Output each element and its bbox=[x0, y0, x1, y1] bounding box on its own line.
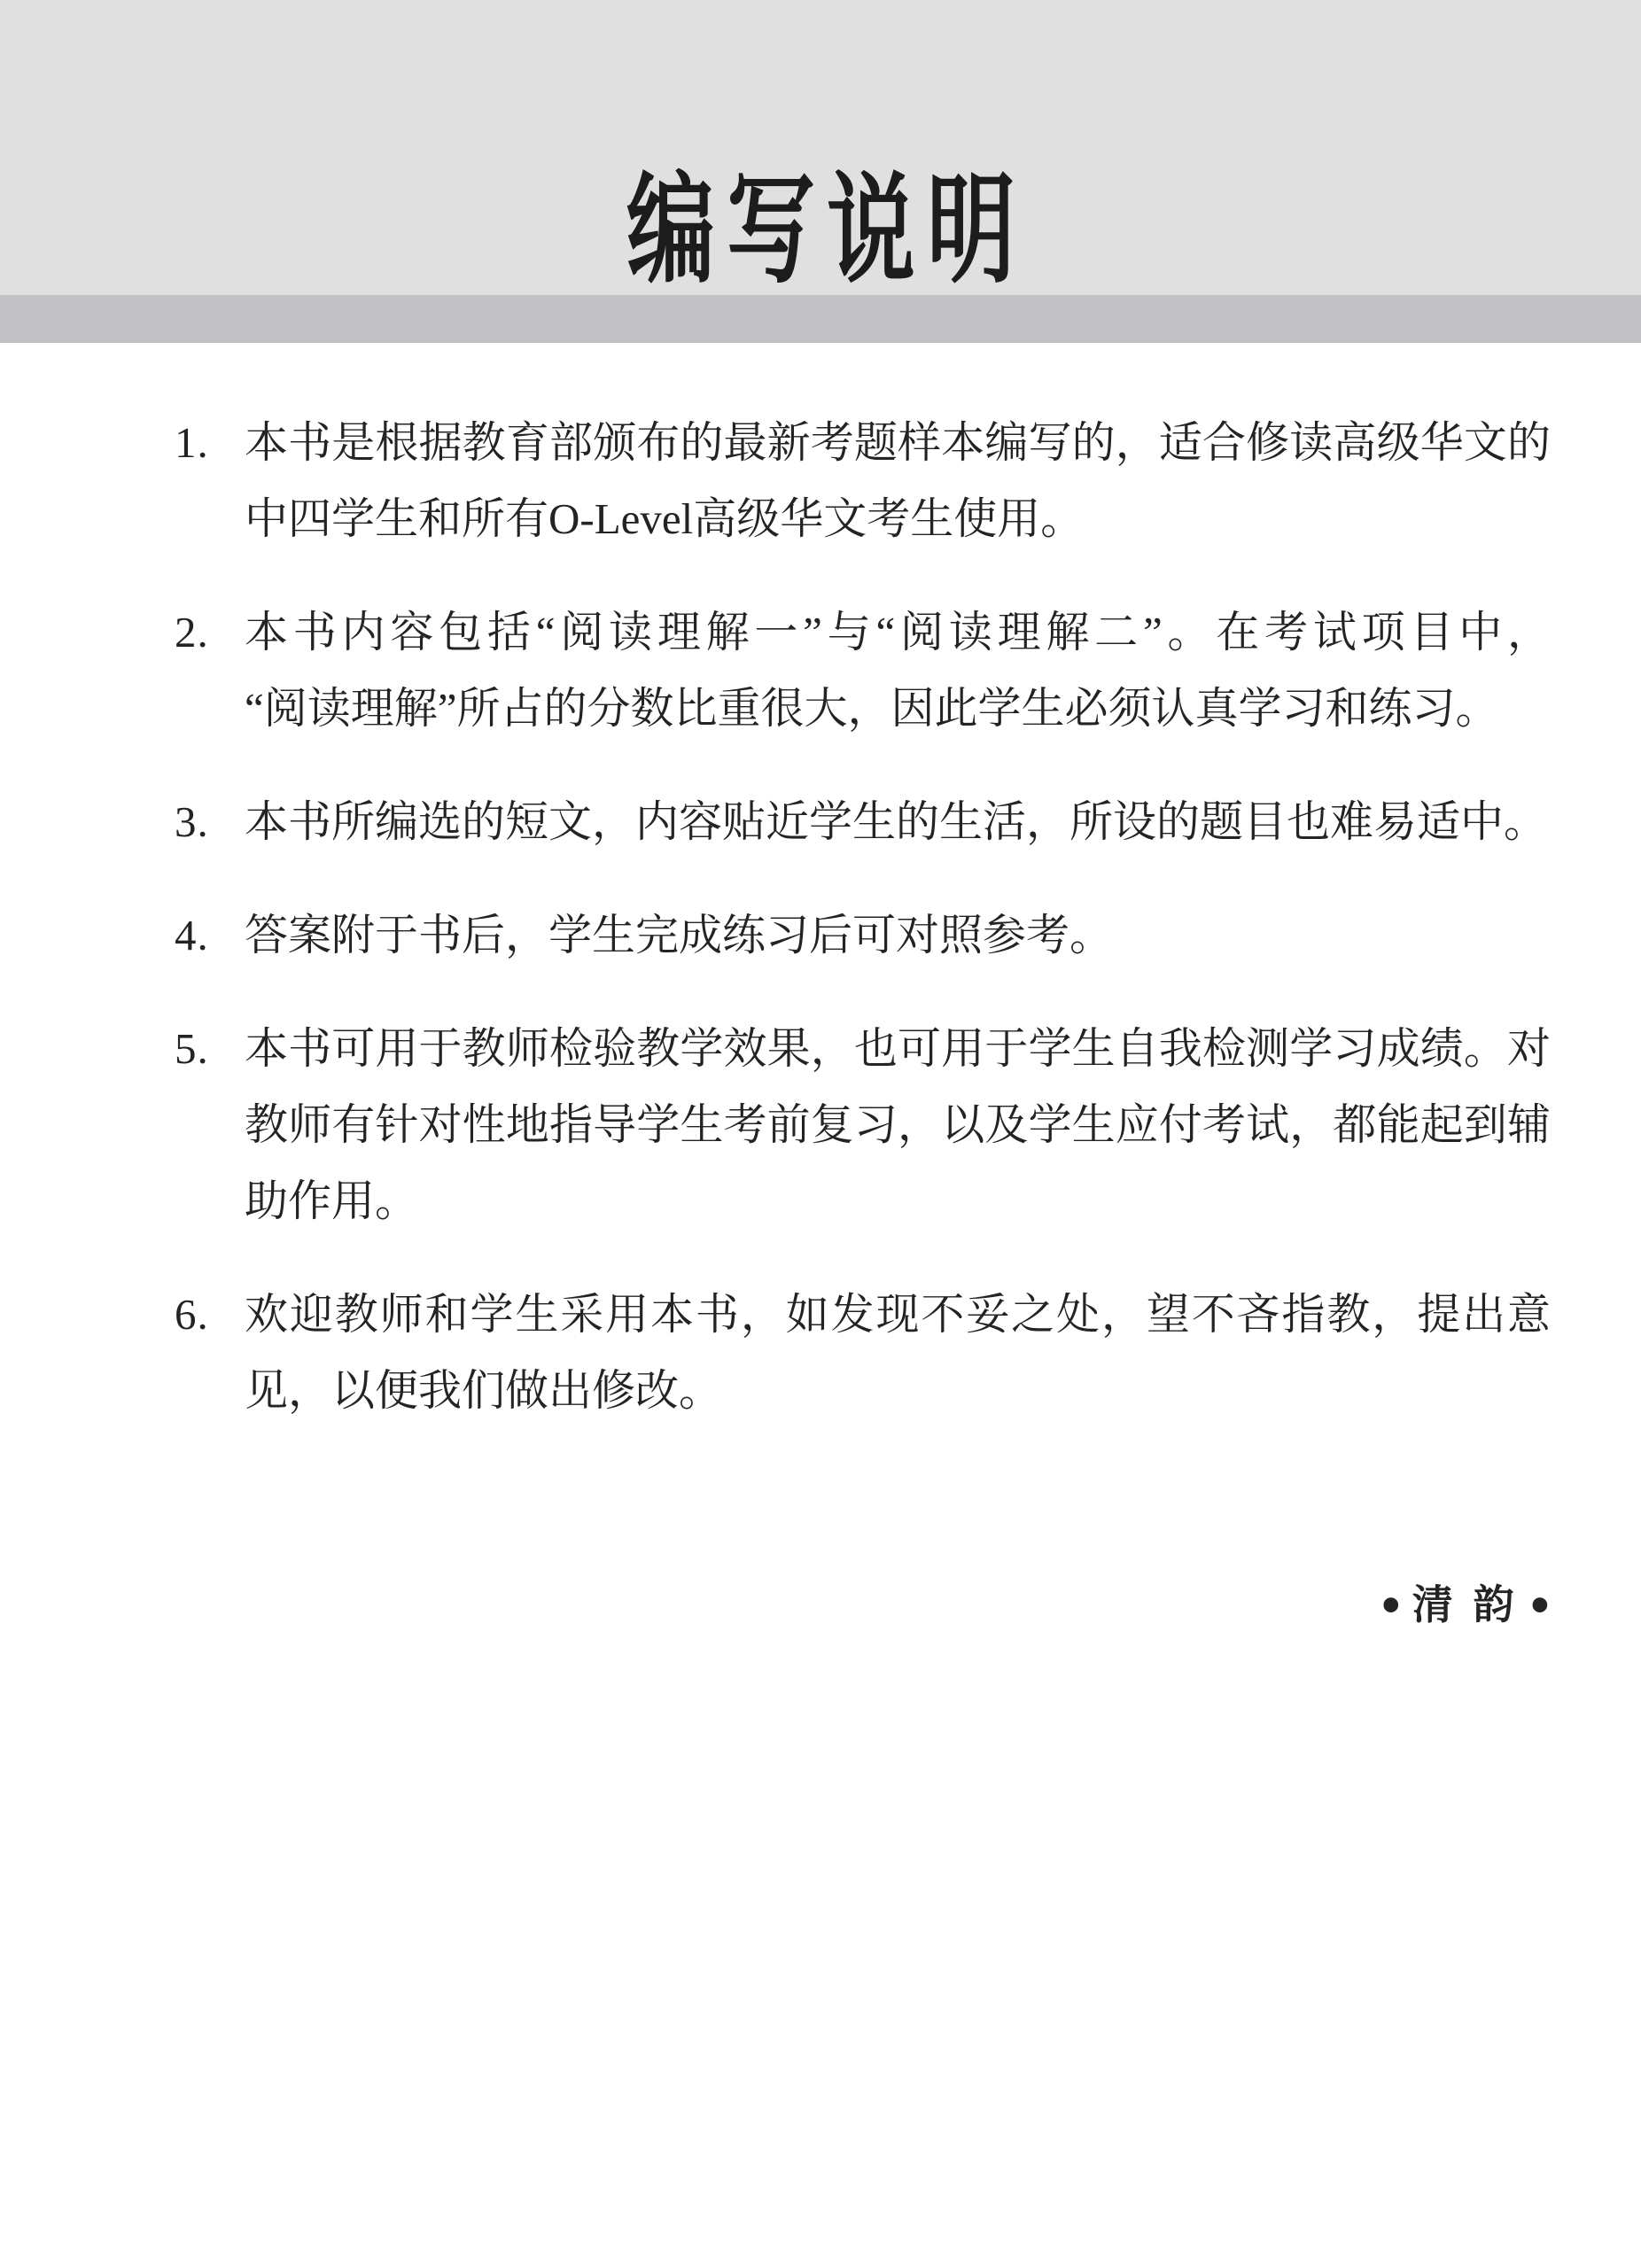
item-text: 本书可用于教师检验教学效果，也可用于学生自我检测学习成绩。对 教师有针对性地指导… bbox=[245, 1011, 1551, 1239]
author-signature: •清 韵• bbox=[0, 1578, 1641, 1631]
text-line: 本书是根据教育部颁布的最新考题样本编写的，适合修读高级华文的 bbox=[245, 405, 1551, 481]
text-line: 教师有针对性地指导学生考前复习，以及学生应付考试，都能起到辅 bbox=[245, 1087, 1551, 1163]
list-item-2: 2. 本书内容包括“阅读理解一”与“阅读理解二”。在考试项目中， “阅读理解”所… bbox=[175, 594, 1551, 747]
list-item-4: 4. 答案附于书后，学生完成练习后可对照参考。 bbox=[175, 897, 1551, 974]
bullet-icon: • bbox=[1382, 1576, 1400, 1634]
notes-list: 1. 本书是根据教育部颁布的最新考题样本编写的，适合修读高级华文的 中四学生和所… bbox=[0, 343, 1641, 1429]
list-item-3: 3. 本书所编选的短文，内容贴近学生的生活，所设的题目也难易适中。 bbox=[175, 784, 1551, 860]
text-line: 本书所编选的短文，内容贴近学生的生活，所设的题目也难易适中。 bbox=[245, 784, 1551, 860]
item-text: 本书内容包括“阅读理解一”与“阅读理解二”。在考试项目中， “阅读理解”所占的分… bbox=[245, 594, 1551, 747]
item-number: 4. bbox=[175, 897, 245, 974]
text-line: 欢迎教师和学生采用本书，如发现不妥之处，望不吝指教，提出意 bbox=[245, 1277, 1551, 1353]
header-band: 编写说明 bbox=[0, 0, 1641, 295]
book-page: 编写说明 1. 本书是根据教育部颁布的最新考题样本编写的，适合修读高级华文的 中… bbox=[0, 0, 1641, 2268]
item-number: 6. bbox=[175, 1277, 245, 1353]
list-item-5: 5. 本书可用于教师检验教学效果，也可用于学生自我检测学习成绩。对 教师有针对性… bbox=[175, 1011, 1551, 1239]
list-item-1: 1. 本书是根据教育部颁布的最新考题样本编写的，适合修读高级华文的 中四学生和所… bbox=[175, 405, 1551, 557]
item-text: 本书所编选的短文，内容贴近学生的生活，所设的题目也难易适中。 bbox=[245, 784, 1551, 860]
text-line: 中四学生和所有O-Level高级华文考生使用。 bbox=[245, 481, 1551, 557]
item-text: 欢迎教师和学生采用本书，如发现不妥之处，望不吝指教，提出意 见，以便我们做出修改… bbox=[245, 1277, 1551, 1429]
text-line: 助作用。 bbox=[245, 1163, 1551, 1239]
author-name: 清 韵 bbox=[1412, 1581, 1519, 1627]
item-number: 2. bbox=[175, 594, 245, 671]
page-title: 编写说明 bbox=[614, 171, 1027, 291]
text-line: 本书可用于教师检验教学效果，也可用于学生自我检测学习成绩。对 bbox=[245, 1011, 1551, 1087]
item-text: 答案附于书后，学生完成练习后可对照参考。 bbox=[245, 897, 1551, 974]
text-line: 见，以便我们做出修改。 bbox=[245, 1353, 1551, 1429]
item-number: 1. bbox=[175, 405, 245, 481]
list-item-6: 6. 欢迎教师和学生采用本书，如发现不妥之处，望不吝指教，提出意 见，以便我们做… bbox=[175, 1277, 1551, 1429]
item-number: 5. bbox=[175, 1011, 245, 1087]
item-number: 3. bbox=[175, 784, 245, 860]
bullet-icon: • bbox=[1531, 1576, 1549, 1634]
text-line: 答案附于书后，学生完成练习后可对照参考。 bbox=[245, 897, 1551, 974]
item-text: 本书是根据教育部颁布的最新考题样本编写的，适合修读高级华文的 中四学生和所有O-… bbox=[245, 405, 1551, 557]
header-divider-stripe bbox=[0, 295, 1641, 343]
text-line: 本书内容包括“阅读理解一”与“阅读理解二”。在考试项目中， bbox=[245, 594, 1551, 671]
text-line: “阅读理解”所占的分数比重很大，因此学生必须认真学习和练习。 bbox=[245, 671, 1551, 747]
